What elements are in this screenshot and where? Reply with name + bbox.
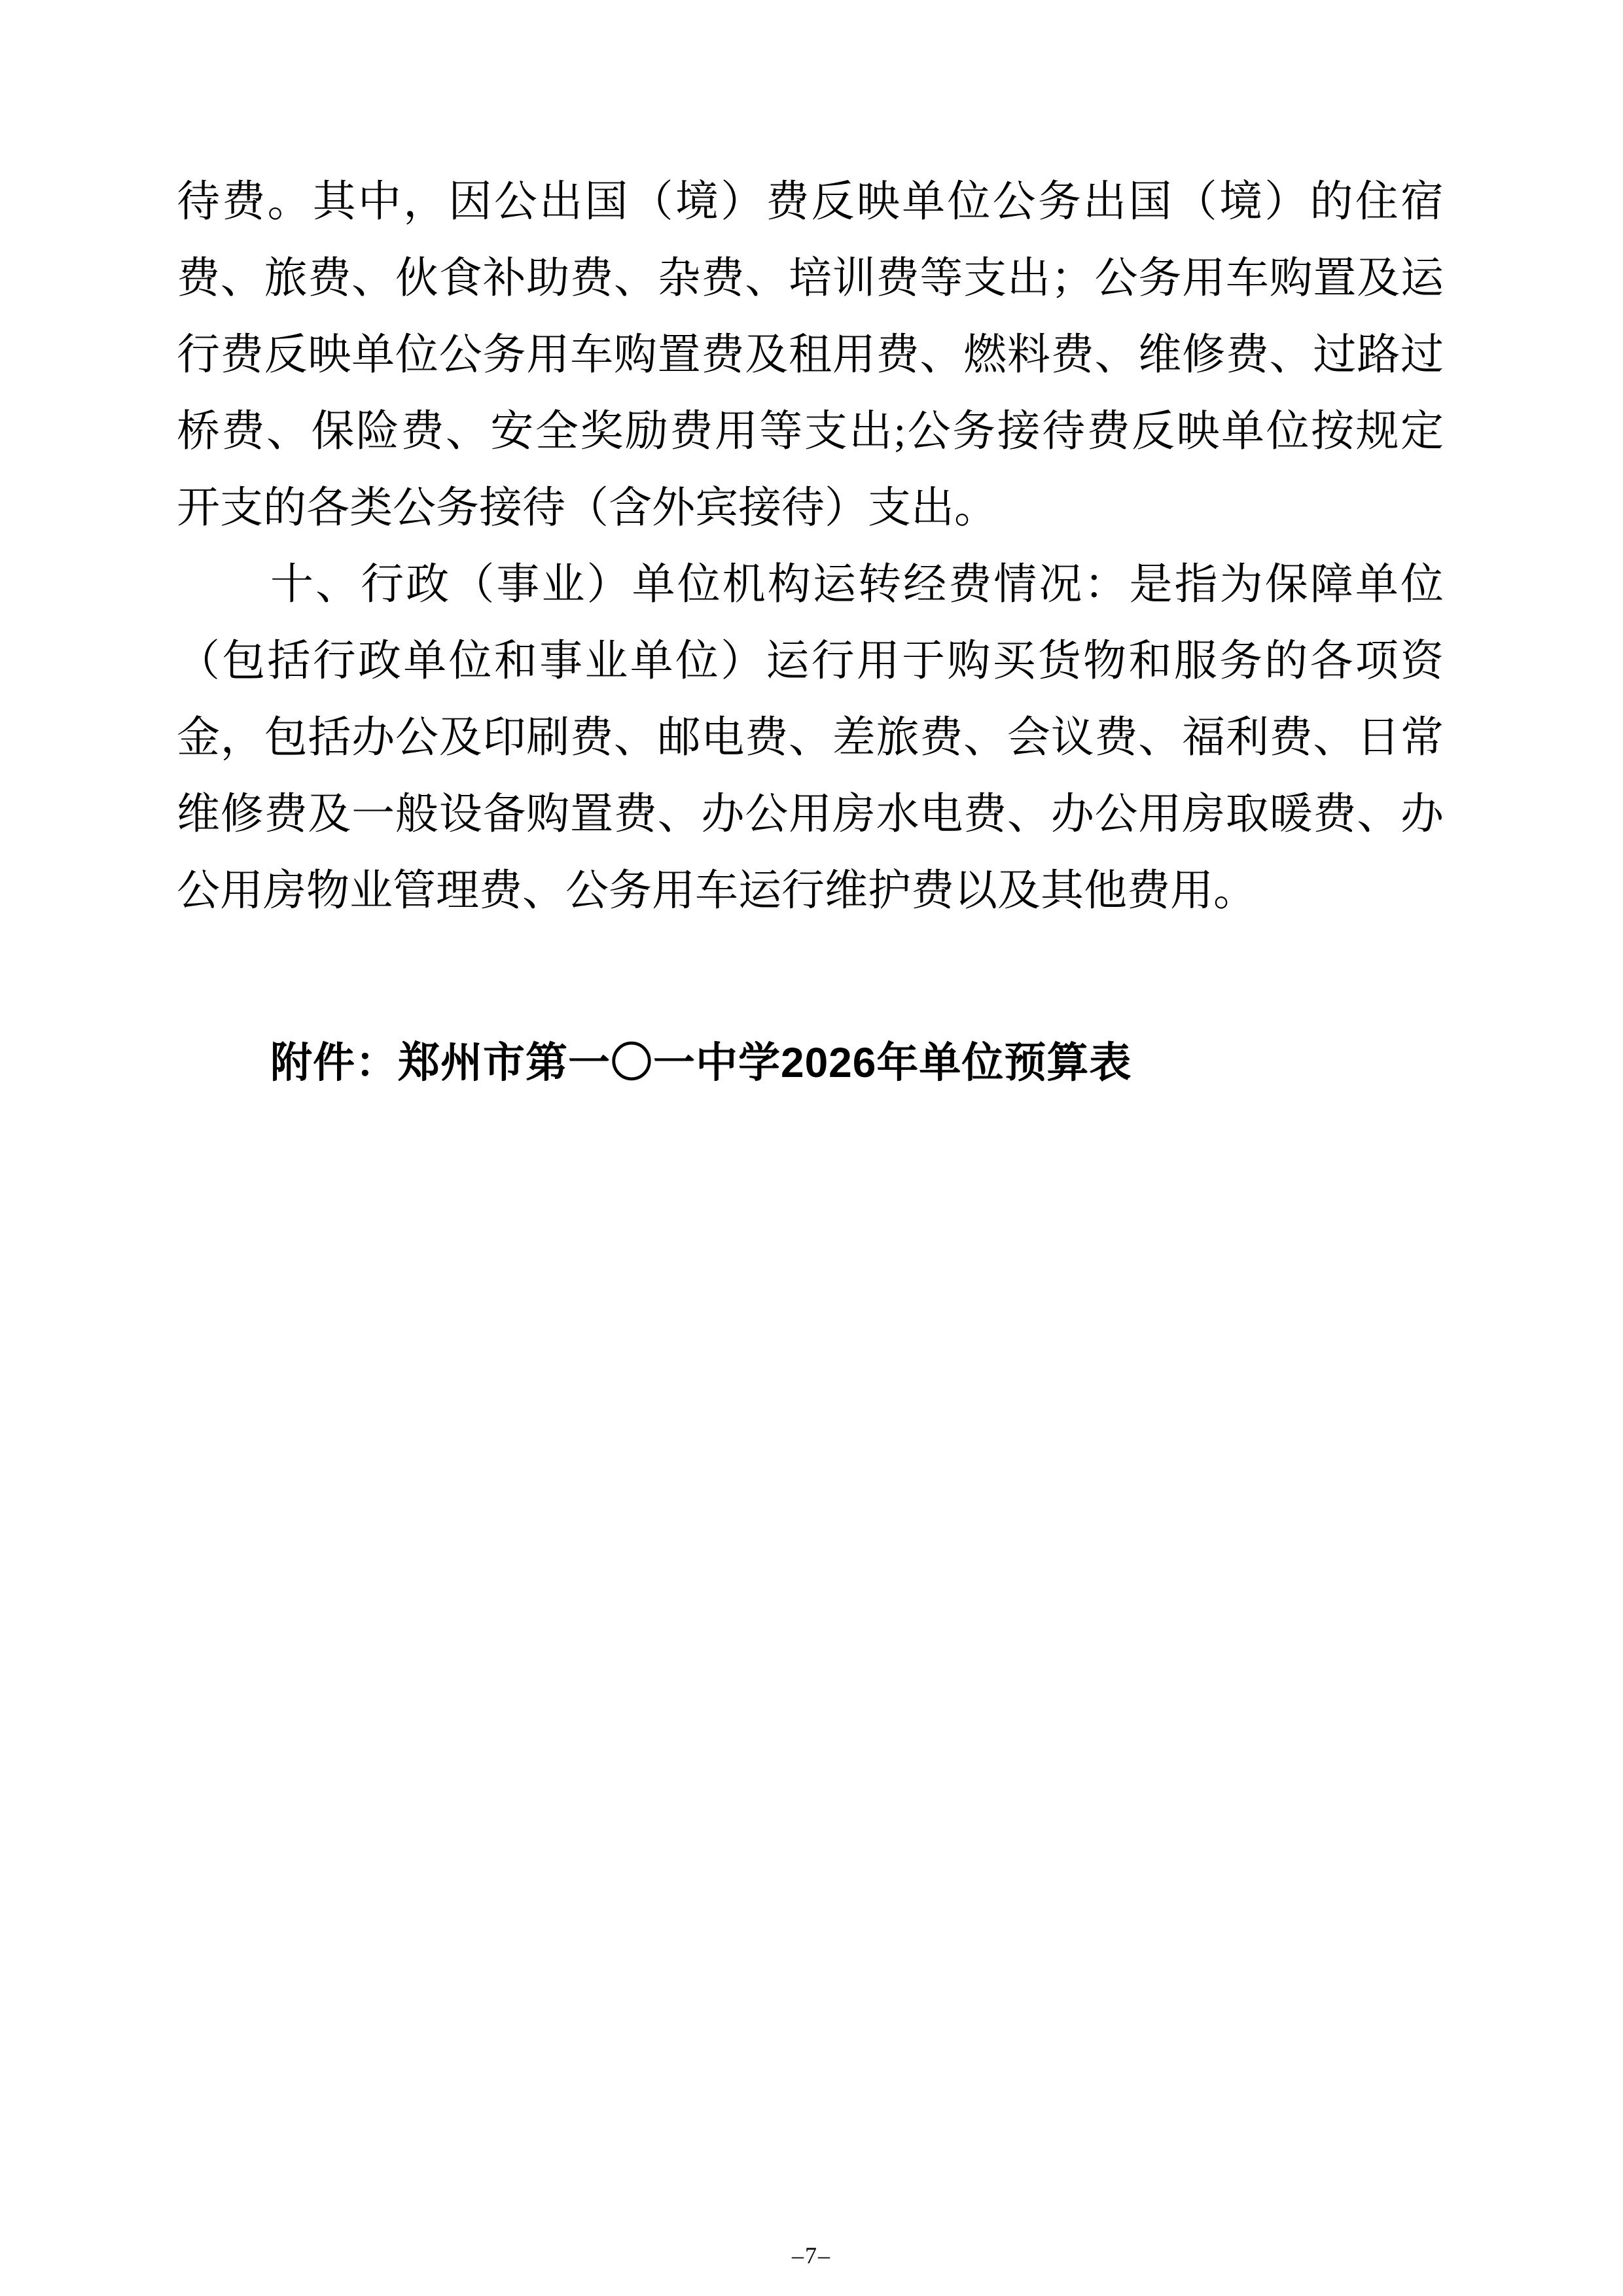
body-line-4: 桥费、保险费、安全奖励费用等支出;公务接待费反映单位按规定 (177, 393, 1444, 470)
body-line-9: 维修费及一般设备购置费、办公用房水电费、办公用房取暖费、办 (177, 776, 1444, 853)
body-line-6: 十、行政（事业）单位机构运转经费情况：是指为保障单位 (177, 546, 1444, 623)
body-line-3: 行费反映单位公务用车购置费及租用费、燃料费、维修费、过路过 (177, 317, 1444, 393)
body-line-7: （包括行政单位和事业单位）运行用于购买货物和服务的各项资 (177, 623, 1444, 699)
body-line-10: 公用房物业管理费、公务用车运行维护费以及其他费用。 (177, 853, 1444, 929)
body-line-5: 开支的各类公务接待（含外宾接待）支出。 (177, 470, 1444, 546)
document-page: 待费。其中，因公出国（境）费反映单位公务出国（境）的住宿 费、旅费、伙食补助费、… (0, 0, 1623, 2296)
body-text-block: 待费。其中，因公出国（境）费反映单位公务出国（境）的住宿 费、旅费、伙食补助费、… (177, 164, 1444, 929)
body-line-8: 金，包括办公及印刷费、邮电费、差旅费、会议费、福利费、日常 (177, 699, 1444, 776)
attachment-line: 附件：郑州市第一〇一中学2026年单位预算表 (177, 1025, 1444, 1101)
page-number: –7– (0, 2242, 1623, 2269)
body-line-1: 待费。其中，因公出国（境）费反映单位公务出国（境）的住宿 (177, 164, 1444, 240)
body-line-2: 费、旅费、伙食补助费、杂费、培训费等支出；公务用车购置及运 (177, 240, 1444, 317)
